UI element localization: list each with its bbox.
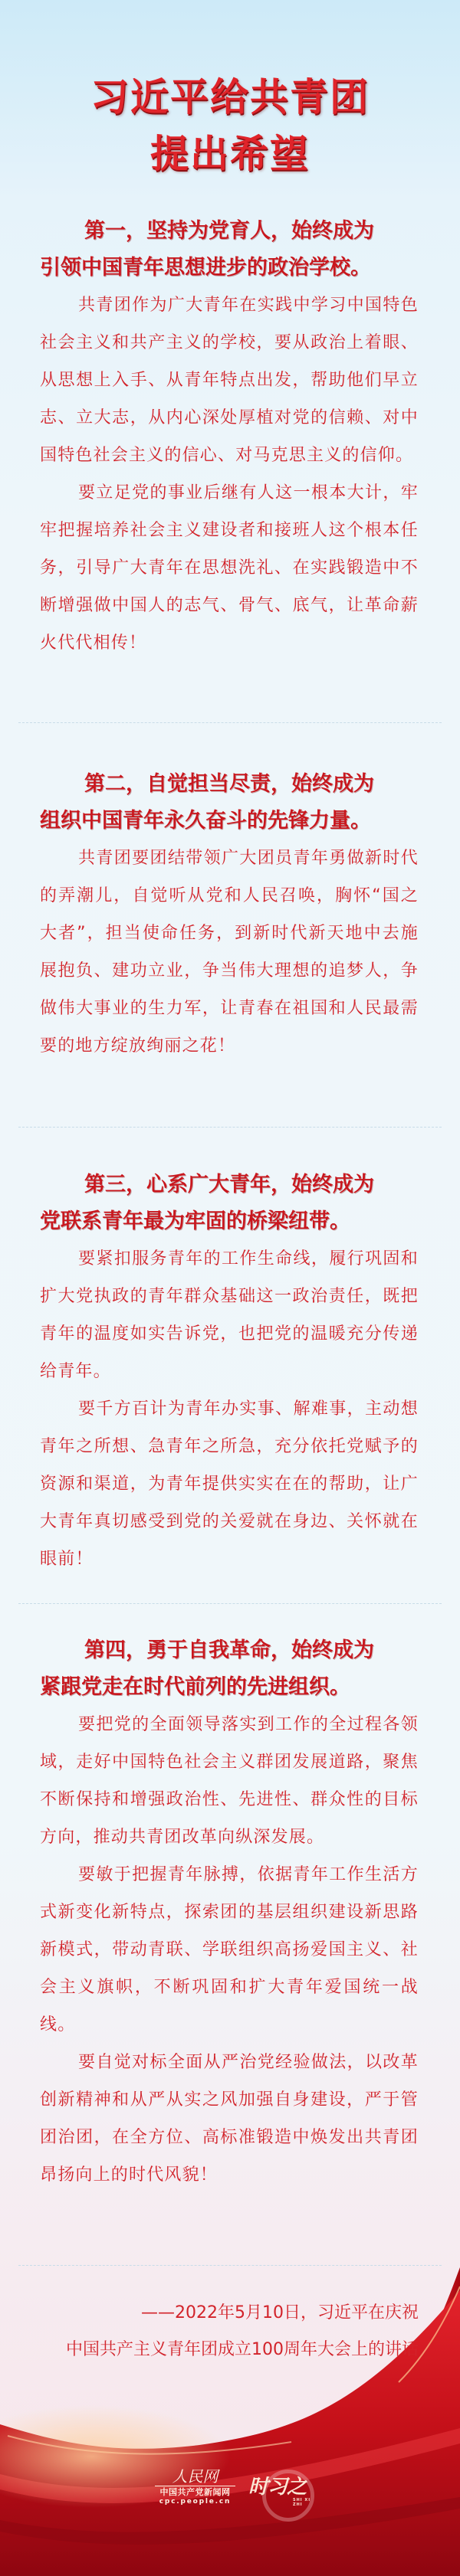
section-heading-line-2: 组织中国青年永久奋斗的先锋力量。 <box>40 809 371 833</box>
body-paragraph: 要把党的全面领导落实到工作的全过程各领域，走好中国特色社会主义群团发展道路，聚焦… <box>40 1706 419 1856</box>
people-cn-name: 中国共产党新闻网 <box>155 2486 235 2498</box>
title-line-1: 习近平给共青团 <box>0 69 460 126</box>
section-divider <box>18 2265 442 2266</box>
section-heading: 第三，心系广大青年，始终成为 党联系青年最为牢固的桥梁纽带。 <box>40 1167 419 1240</box>
section-heading-line-1: 第四，勇于自我革命，始终成为 <box>84 1638 374 1662</box>
people-daily-logo: 人民网 中国共产党新闻网 cpc.people.cn <box>155 2468 235 2506</box>
section-heading-line-2: 紧跟党走在时代前列的先进组织。 <box>40 1675 350 1699</box>
section-heading-line-1: 第一，坚持为党育人，始终成为 <box>84 219 374 243</box>
section-heading: 第二，自觉担当尽责，始终成为 组织中国青年永久奋斗的先锋力量。 <box>40 766 419 840</box>
body-paragraph: 共青团要团结带领广大团员青年勇做新时代的弄潮儿，自觉听从党和人民召唤，胸怀“国之… <box>40 840 419 1065</box>
section-3: 第三，心系广大青年，始终成为 党联系青年最为牢固的桥梁纽带。 要紧扣服务青年的工… <box>40 1167 419 1578</box>
body-paragraph: 共青团作为广大青年在实践中学习中国特色社会主义和共产主义的学校，要从政治上着眼、… <box>40 286 419 474</box>
body-paragraph: 要千方百计为青年办实事、解难事，主动想青年之所想、急青年之所急，充分依托党赋予的… <box>40 1390 419 1578</box>
shixizhi-text: 时习之 <box>248 2476 306 2499</box>
attribution-line-1: ——2022年5月10日，习近平在庆祝 <box>46 2295 419 2332</box>
section-heading: 第一，坚持为党育人，始终成为 引领中国青年思想进步的政治学校。 <box>40 213 419 286</box>
section-heading-line-2: 党联系青年最为牢固的桥梁纽带。 <box>40 1209 350 1233</box>
body-paragraph: 要紧扣服务青年的工作生命线，履行巩固和扩大党执政的青年群众基础这一政治责任，既把… <box>40 1240 419 1390</box>
shixizhi-logo: 时习之 SHI XI ZHI <box>248 2470 317 2520</box>
section-divider <box>18 722 442 723</box>
footer-logos: 人民网 中国共产党新闻网 cpc.people.cn 时习之 SHI XI ZH… <box>155 2468 324 2522</box>
section-divider <box>18 1603 442 1604</box>
people-url: cpc.people.cn <box>155 2498 235 2506</box>
section-heading-line-1: 第三，心系广大青年，始终成为 <box>84 1173 374 1196</box>
section-divider <box>18 1127 442 1128</box>
page-title: 习近平给共青团 提出希望 <box>0 69 460 182</box>
attribution: ——2022年5月10日，习近平在庆祝 中国共产主义青年团成立100周年大会上的… <box>46 2295 419 2368</box>
section-2: 第二，自觉担当尽责，始终成为 组织中国青年永久奋斗的先锋力量。 共青团要团结带领… <box>40 766 419 1065</box>
shixizhi-pinyin: SHI XI ZHI <box>293 2498 317 2507</box>
section-4: 第四，勇于自我革命，始终成为 紧跟党走在时代前列的先进组织。 要把党的全面领导落… <box>40 1632 419 2194</box>
section-heading: 第四，勇于自我革命，始终成为 紧跟党走在时代前列的先进组织。 <box>40 1632 419 1706</box>
attribution-line-2: 中国共产主义青年团成立100周年大会上的讲话 <box>46 2332 419 2368</box>
body-paragraph: 要立足党的事业后继有人这一根本大计，牢牢把握培养社会主义建设者和接班人这个根本任… <box>40 474 419 662</box>
section-heading-line-2: 引领中国青年思想进步的政治学校。 <box>40 256 371 280</box>
body-paragraph: 要自觉对标全面从严治党经验做法，以改革创新精神和从严从实之风加强自身建设，严于管… <box>40 2044 419 2194</box>
section-heading-line-1: 第二，自觉担当尽责，始终成为 <box>84 772 374 796</box>
people-script-logo: 人民网 <box>155 2468 235 2486</box>
section-1: 第一，坚持为党育人，始终成为 引领中国青年思想进步的政治学校。 共青团作为广大青… <box>40 213 419 662</box>
title-line-2: 提出希望 <box>0 126 460 182</box>
body-paragraph: 要敏于把握青年脉搏，依据青年工作生活方式新变化新特点，探索团的基层组织建设新思路… <box>40 1856 419 2044</box>
